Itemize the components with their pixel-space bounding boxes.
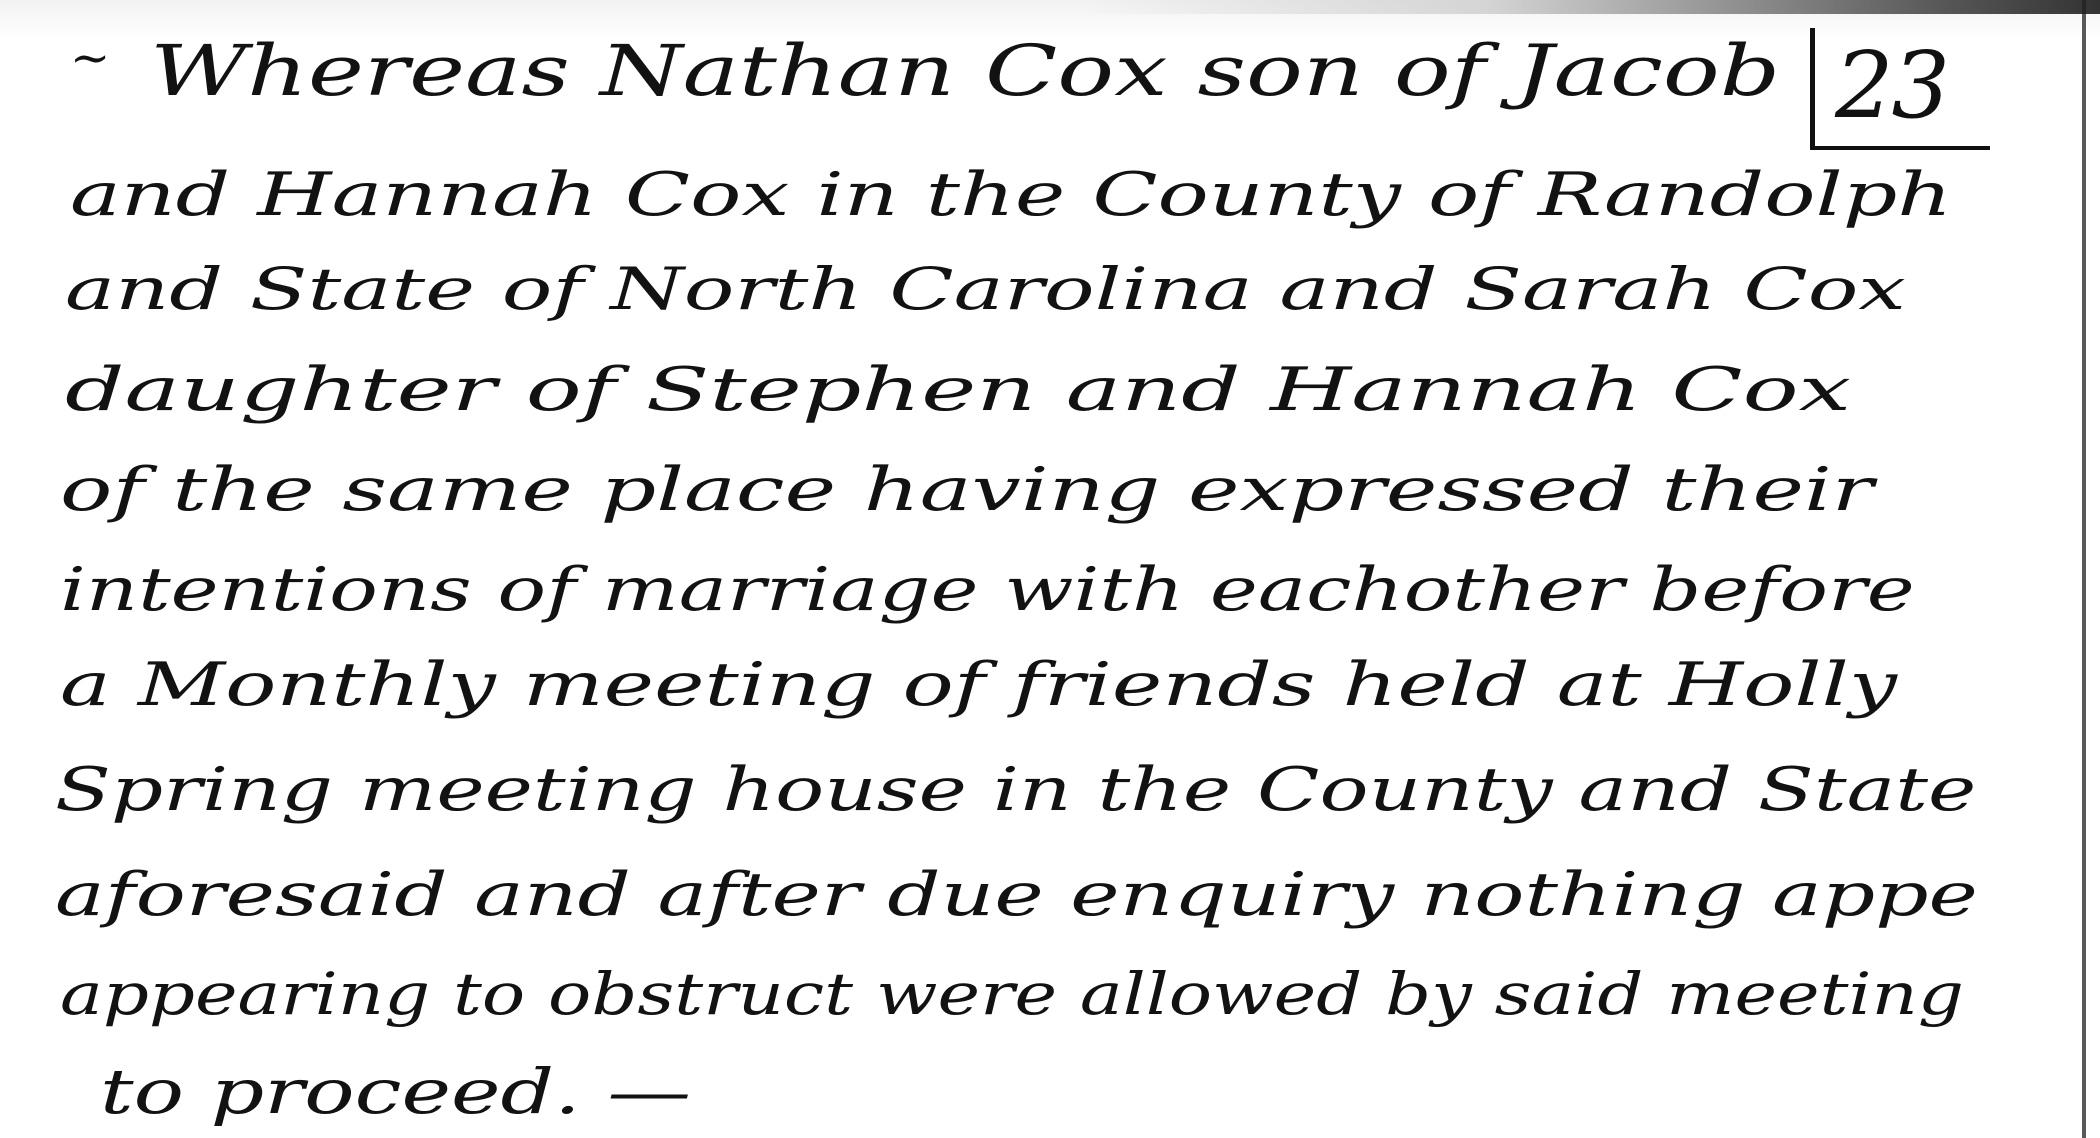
text-line: of the same place having expressed their	[60, 455, 1873, 525]
text-line: to proceed. —	[100, 1055, 691, 1128]
page-right-margin-rule	[2082, 0, 2086, 1138]
text-line: daughter of Stephen and Hannah Cox	[65, 355, 1851, 425]
text-line: Whereas Nathan Cox son of Jacob	[150, 30, 1780, 112]
text-line: appearing to obstruct were allowed by sa…	[60, 960, 1964, 1028]
text-line: and Hannah Cox in the County of Randolph	[70, 160, 1952, 230]
text-line: a Monthly meeting of friends held at Hol…	[60, 650, 1897, 720]
margin-mark: ~	[70, 30, 110, 86]
text-line: Spring meeting house in the County and S…	[55, 755, 1976, 825]
manuscript-page: ~ 23 Whereas Nathan Cox son of Jacob and…	[0, 0, 2100, 1138]
text-line: aforesaid and after due enquiry nothing …	[55, 860, 1978, 930]
page-number: 23	[1835, 40, 1948, 132]
text-line: intentions of marriage with eachother be…	[60, 555, 1915, 625]
page-top-edge-shadow	[1080, 0, 2100, 14]
text-line: and State of North Carolina and Sarah Co…	[65, 255, 1906, 323]
